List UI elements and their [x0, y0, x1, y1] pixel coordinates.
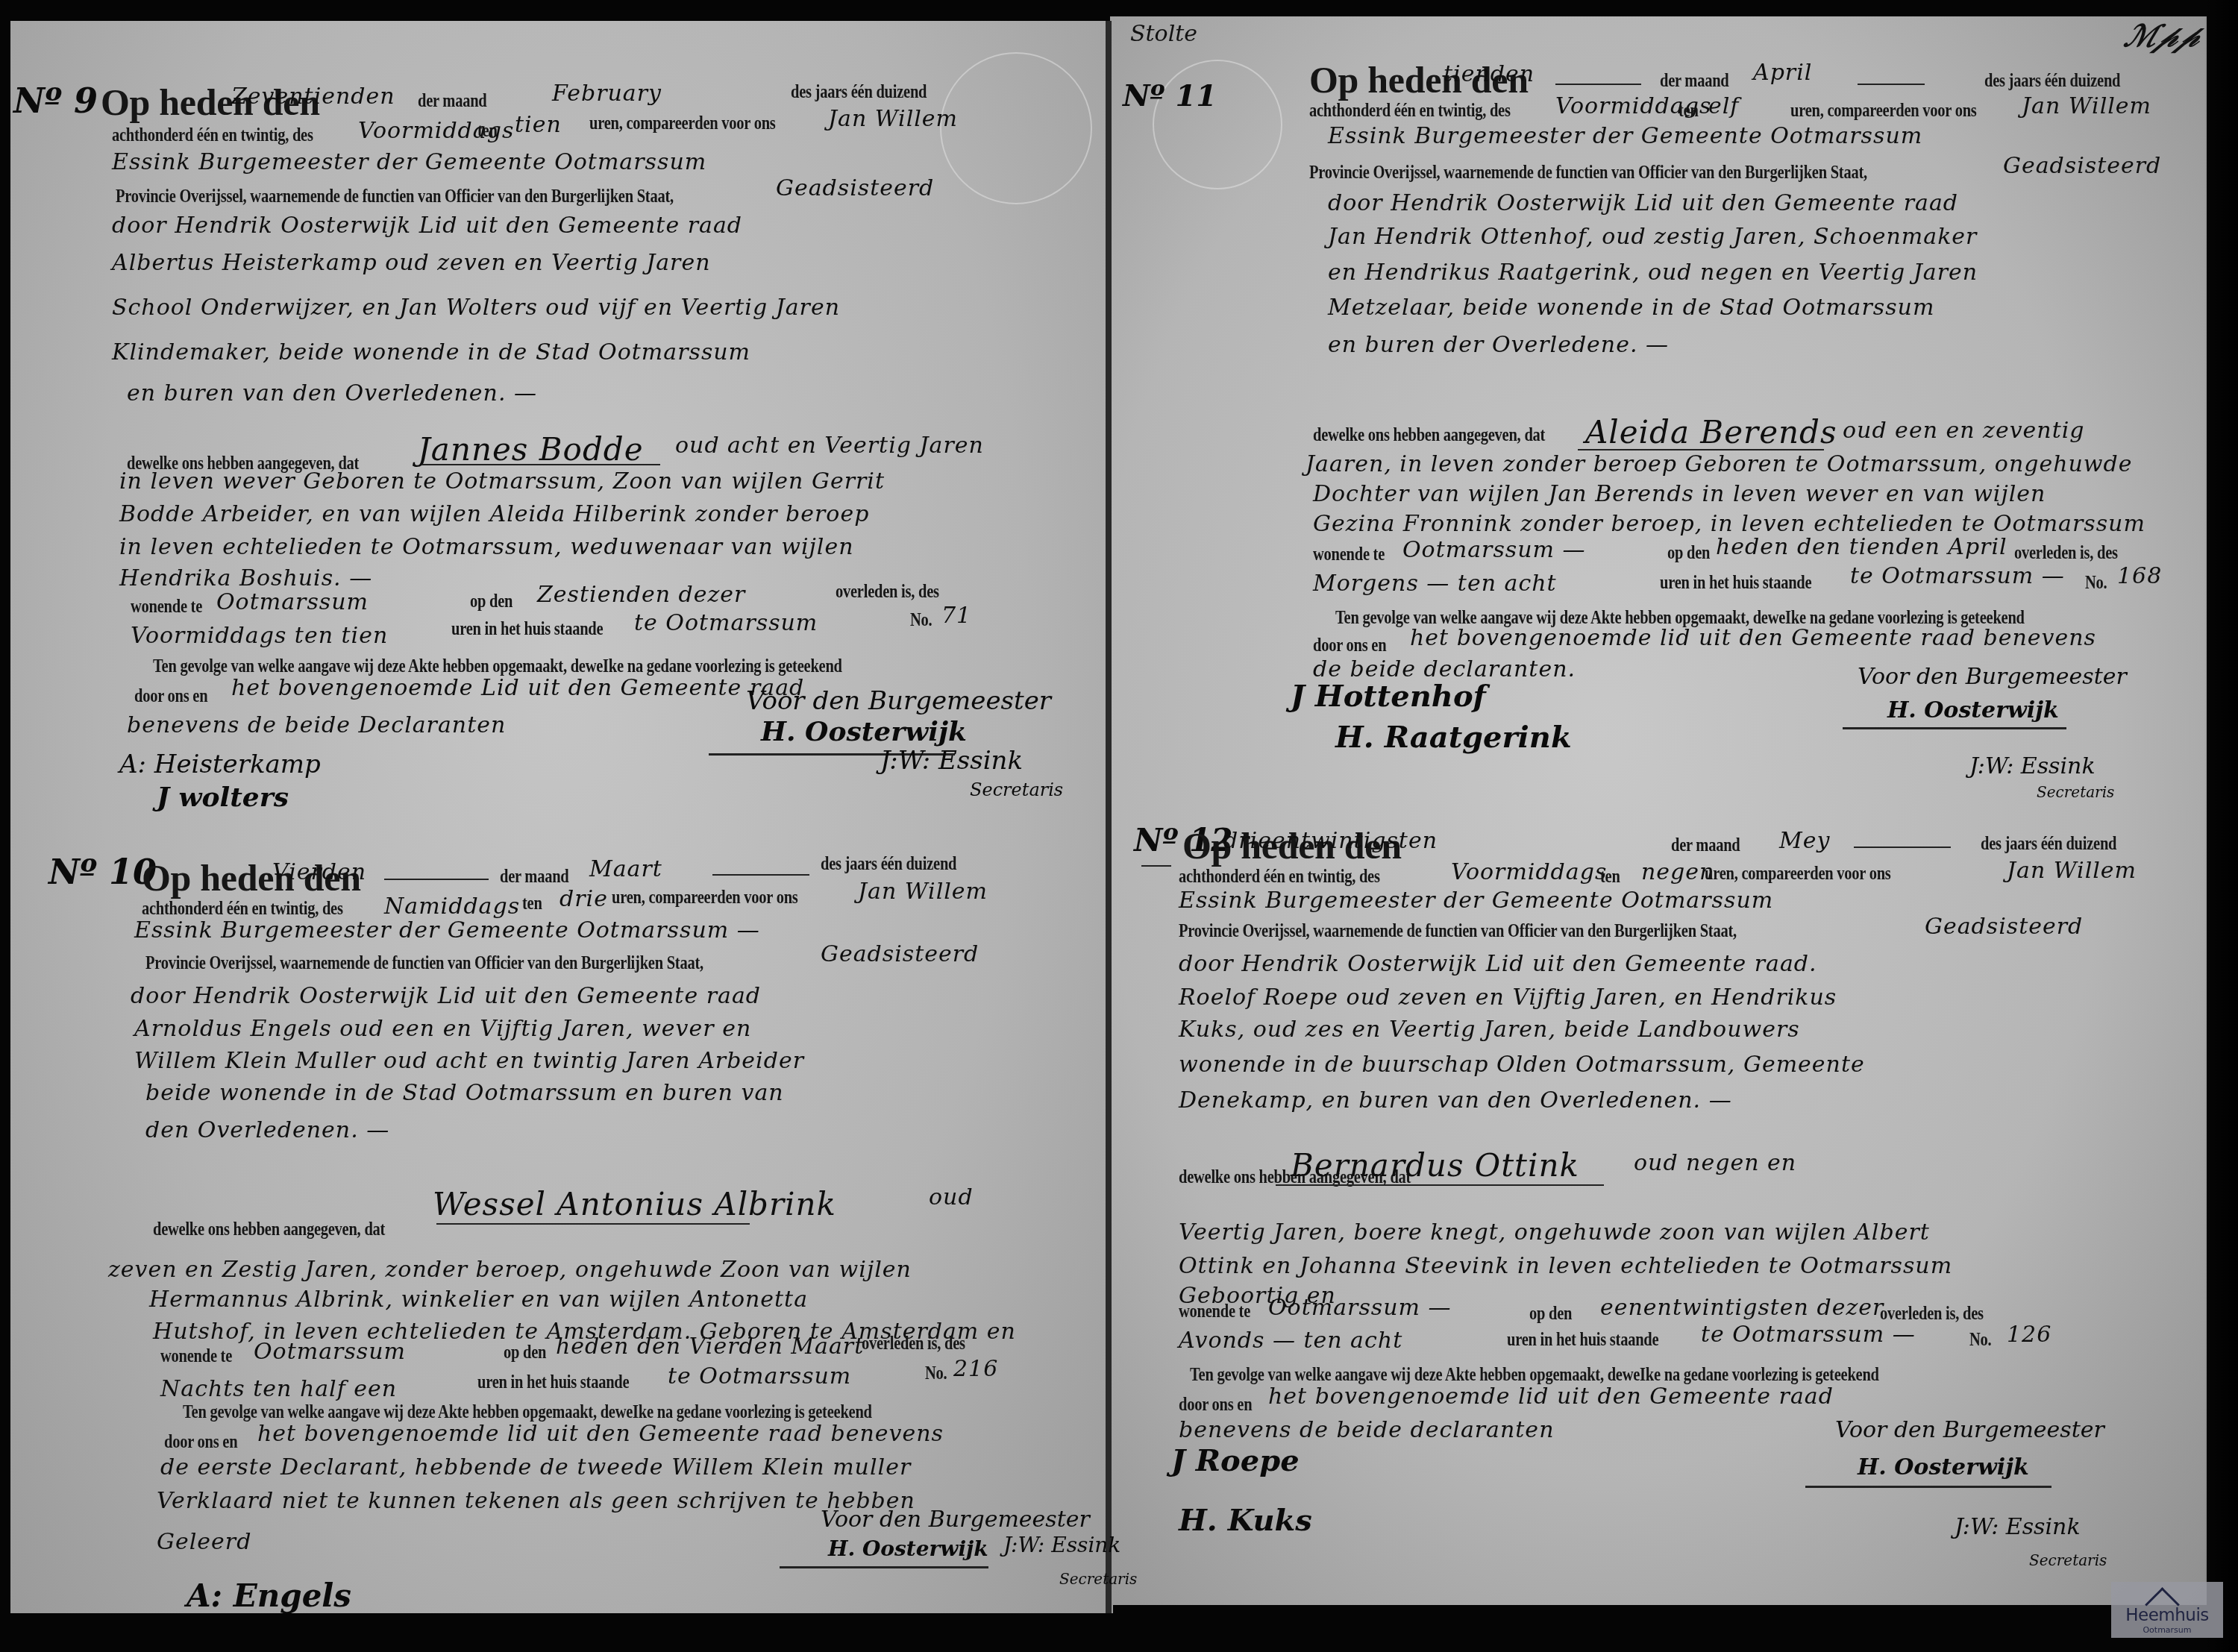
blank-line — [384, 879, 489, 880]
form-text: der maand — [1671, 835, 1740, 856]
form-text: wonende te — [160, 1346, 232, 1367]
house-number: 71 — [941, 603, 971, 629]
deceased-detail: in leven echtelieden te Ootmarssum, wedu… — [119, 534, 853, 560]
month-field: February — [552, 81, 662, 107]
declarant-line: beide wonende in de Stad Ootmarssum en b… — [145, 1080, 784, 1106]
form-text: overleden is, des — [862, 1334, 965, 1354]
form-text: Ten gevolge van welke aangave wij deze A… — [153, 656, 842, 677]
page-edge-shadow — [2204, 0, 2238, 1652]
hour-field: drie — [559, 886, 608, 912]
signature: H. Oosterwijk — [1887, 697, 2059, 723]
declarant-line: Arnoldus Engels oud een en Vijftig Jaren… — [134, 1016, 751, 1042]
deceased-detail: Bodde Arbeider, en van wijlen Aleida Hil… — [119, 501, 869, 527]
name-underline — [436, 1223, 750, 1225]
official-line: Essink Burgemeester der Gemeente Ootmars… — [1179, 888, 1773, 914]
death-date-field: Zestienden dezer — [537, 582, 745, 608]
place-field: te Ootmarssum — — [1701, 1322, 1916, 1348]
declarant-line: Roelof Roepe oud zeven en Vijftig Jaren,… — [1179, 984, 1837, 1011]
form-text: der maand — [500, 867, 569, 888]
form-text: achthonderd één en twintig, des — [1309, 101, 1511, 122]
death-date-field: heden den Vierden Maart — [556, 1334, 864, 1360]
official-field: Jan Willem — [2022, 93, 2151, 119]
form-text: der maand — [418, 91, 487, 112]
signature: J:W: Essink — [1003, 1533, 1120, 1557]
form-text: uren, compareerden voor ons — [1705, 864, 1891, 885]
place-field: te Ootmarssum — [668, 1363, 851, 1389]
form-text: op den — [470, 591, 513, 612]
form-text: No. — [2085, 573, 2107, 594]
form-text: op den — [504, 1342, 546, 1363]
signature: Secretaris — [970, 779, 1063, 800]
official-line: Essink Burgemeester der Gemeente Ootmars… — [1328, 123, 1922, 149]
house-number: 168 — [2117, 563, 2162, 589]
form-text: door ons en — [1313, 635, 1386, 656]
form-text: door ons en — [1179, 1395, 1252, 1416]
declarant-line: Willem Klein Muller oud acht en twintig … — [134, 1048, 804, 1074]
form-text: uren, compareerden voor ons — [589, 113, 776, 134]
signature: J:W: Essink — [1955, 1514, 2081, 1540]
watermark-brand: Heemhuis — [2111, 1606, 2223, 1625]
house-number: 216 — [953, 1356, 998, 1382]
blank-line — [1854, 847, 1951, 848]
hour-field: negen — [1641, 859, 1714, 885]
form-text: achthonderd één en twintig, des — [112, 125, 313, 146]
assisted-field: Geadsisteerd — [821, 941, 979, 967]
signature: A: Heisterkamp — [119, 750, 321, 779]
form-text: No. — [925, 1363, 947, 1384]
deceased-detail: Hendrika Boshuis. — — [119, 565, 372, 591]
signed-text: Geleerd — [157, 1529, 251, 1555]
declarant-line: Klindemaker, beide wonende in de Stad Oo… — [112, 339, 750, 365]
day-field: Zeventienden — [231, 84, 395, 110]
form-text: dewelke ons hebben aangegeven, dat — [1313, 425, 1545, 446]
declarant-line: Metzelaar, beide wonende in de Stad Ootm… — [1328, 295, 1934, 321]
deceased-detail: Jaaren, in leven zonder beroep Geboren t… — [1305, 451, 2132, 477]
form-text: ten — [1678, 101, 1699, 122]
official-field: Jan Willem — [828, 106, 958, 132]
deceased-detail: oud een en zeventig — [1843, 418, 2085, 444]
month-field: Maart — [589, 856, 662, 882]
day-field: tienden — [1444, 61, 1535, 87]
signature-flourish — [1805, 1486, 2051, 1488]
residence-field: Ootmarssum — [216, 589, 369, 615]
watermark-subtitle: Ootmarsum — [2111, 1625, 2223, 1635]
form-text: uren in het huis staande — [1660, 573, 1811, 594]
declarant-line: den Overledenen. — — [145, 1117, 389, 1143]
assistant-line: door Hendrik Oosterwijk Lid uit den Geme… — [131, 983, 761, 1009]
form-text: des jaars één duizend — [791, 82, 927, 103]
deceased-name: Bernardus Ottink — [1291, 1147, 1579, 1184]
deceased-name: Jannes Bodde — [418, 431, 644, 468]
form-text: uren in het huis staande — [477, 1372, 629, 1393]
declarant-line: en buren der Overledene. — — [1328, 332, 1669, 358]
form-text: uren in het huis staande — [451, 619, 603, 640]
official-line: Essink Burgemeester der Gemeente Ootmars… — [112, 149, 706, 175]
signature: Voor den Burgemeester — [1858, 664, 2127, 690]
signature: J:W: Essink — [880, 746, 1023, 776]
blank-line — [1858, 84, 1925, 85]
form-text: Provincie Overijssel, waarnemende de fun… — [145, 953, 703, 974]
signed-text: benevens de beide Declaranten — [127, 712, 506, 738]
form-text: Ten gevolge van welke aangave wij deze A… — [1190, 1365, 1879, 1386]
signature-flourish — [780, 1566, 988, 1568]
month-field: April — [1753, 60, 1812, 86]
form-text: ten — [477, 121, 498, 142]
assistant-line: door Hendrik Oosterwijk Lid uit den Geme… — [1328, 190, 1958, 216]
name-underline — [1578, 449, 1824, 450]
form-text: des jaars één duizend — [1984, 71, 2120, 92]
name-underline — [1276, 1184, 1604, 1186]
form-text: uren, compareerden voor ons — [612, 888, 798, 908]
signature: Secretaris — [2029, 1551, 2107, 1569]
signed-text: het bovengenoemde lid uit den Gemeente r… — [257, 1421, 944, 1447]
signature: J Roepe — [1171, 1443, 1300, 1478]
signature: Voor den Burgemeester — [746, 686, 1051, 716]
deceased-detail: Ottink en Johanna Steevink in leven echt… — [1179, 1253, 1952, 1279]
death-time-field: Avonds — ten acht — [1179, 1328, 1402, 1354]
form-text: No. — [1969, 1330, 1991, 1351]
place-field: te Ootmarssum — [634, 610, 818, 636]
form-text: No. — [910, 610, 932, 631]
signed-text: het bovengenoemde lid uit den Gemeente r… — [1410, 625, 2096, 651]
record-number: Nº 9 — [13, 81, 98, 121]
death-time-field: Morgens — ten acht — [1313, 571, 1557, 597]
signed-text: het bovengenoemde Lid uit den Gemeente r… — [231, 675, 804, 701]
form-text: wonende te — [1179, 1301, 1250, 1322]
deceased-name: Aleida Berends — [1585, 414, 1837, 450]
declarant-line: School Onderwijzer, en Jan Wolters oud v… — [112, 295, 840, 321]
deceased-detail: Dochter van wijlen Jan Berends in leven … — [1313, 481, 2046, 507]
form-text: achthonderd één en twintig, des — [142, 899, 343, 920]
record-number: Nº 11 — [1123, 78, 1217, 113]
deceased-detail: zeven en Zestig Jaren, zonder beroep, on… — [108, 1257, 912, 1283]
signature-flourish — [1843, 727, 2066, 729]
folio-scribble: ℳ𝓅𝓅 — [2119, 19, 2207, 54]
signature: Voor den Burgemeester — [1835, 1417, 2104, 1443]
signature: J Hottenhof — [1291, 679, 1486, 714]
deceased-detail: Gezina Fronnink zonder beroep, in leven … — [1313, 511, 2145, 537]
form-text: door ons en — [134, 686, 207, 707]
form-text: overleden is, des — [2014, 543, 2118, 564]
form-text: uren in het huis staande — [1507, 1330, 1658, 1351]
signature: H. Oosterwijk — [1858, 1454, 2029, 1480]
day-field: Vierden — [272, 859, 366, 885]
deceased-detail: oud acht en Veertig Jaren — [675, 433, 984, 459]
assisted-field: Geadsisteerd — [776, 175, 934, 201]
signature: Secretaris — [2037, 783, 2114, 801]
signature: J wolters — [157, 782, 289, 813]
signature: H. Oosterwijk — [761, 716, 967, 747]
declarant-line: Kuks, oud zes en Veertig Jaren, beide La… — [1179, 1017, 1800, 1043]
deceased-detail: oud — [929, 1184, 974, 1210]
deceased-detail: Hermannus Albrink, winkelier en van wijl… — [149, 1287, 808, 1313]
residence-field: Ootmarssum — — [1268, 1295, 1451, 1321]
form-text: ten — [1600, 867, 1620, 888]
signature: Voor den Burgemeester — [821, 1507, 1090, 1533]
declarant-line: en buren van den Overledenen. — — [127, 380, 537, 406]
deceased-name: Wessel Antonius Albrink — [433, 1186, 836, 1222]
declarant-line: en Hendrikus Raatgerink, oud negen en Ve… — [1328, 260, 1978, 286]
assistant-line: door Hendrik Oosterwijk Lid uit den Geme… — [1179, 951, 1817, 977]
death-date-field: eenentwintigsten dezer — [1600, 1295, 1884, 1321]
death-time-field: Voormiddags ten tien — [131, 623, 388, 649]
assisted-field: Geadsisteerd — [1925, 914, 2083, 940]
form-text: op den — [1529, 1304, 1572, 1325]
signature: H. Kuks — [1179, 1503, 1312, 1538]
form-text: dewelke ons hebben aangegeven, dat — [153, 1219, 385, 1240]
signature: H. Raatgerink — [1335, 720, 1572, 755]
signature: A: Engels — [186, 1577, 351, 1614]
form-text: op den — [1667, 543, 1710, 564]
official-field: Jan Willem — [2007, 858, 2137, 884]
form-text: door ons en — [164, 1432, 237, 1453]
declarant-line: Denekamp, en buren van den Overledenen. … — [1179, 1087, 1732, 1114]
death-time-field: Nachts ten half een — [160, 1376, 397, 1402]
residence-field: Ootmarssum — — [1402, 537, 1585, 563]
signature: Secretaris — [1059, 1570, 1137, 1588]
assistant-line: door Hendrik Oosterwijk Lid uit den Geme… — [112, 213, 742, 239]
form-text: Provincie Overijssel, waarnemende de fun… — [116, 186, 674, 207]
month-field: Mey — [1779, 828, 1830, 854]
time-of-day-field: Voormiddags — [1451, 859, 1607, 885]
record-number: Nº 10 — [48, 852, 157, 892]
time-of-day-field: Namiddags — [384, 893, 520, 920]
form-text: ten — [522, 893, 542, 914]
form-text: overleden is, des — [836, 582, 939, 603]
hour-field: elf — [1708, 93, 1739, 119]
deceased-detail: in leven wever Geboren te Ootmarssum, Zo… — [119, 468, 885, 494]
house-number: 126 — [2007, 1322, 2051, 1348]
number-underline — [1141, 865, 1171, 867]
official-line: Essink Burgemeester der Gemeente Ootmars… — [134, 917, 760, 943]
name-underline — [421, 464, 660, 465]
deceased-detail: oud negen en — [1634, 1150, 1796, 1176]
form-text: des jaars één duizend — [821, 854, 956, 875]
form-text: Provincie Overijssel, waarnemende de fun… — [1179, 921, 1737, 942]
signed-text: Verklaard niet te kunnen tekenen als gee… — [157, 1488, 915, 1514]
signature: H. Oosterwijk — [828, 1536, 988, 1561]
embossed-seal-left — [940, 52, 1092, 204]
blank-line — [712, 874, 809, 876]
signed-text: de eerste Declarant, hebbende de tweede … — [160, 1454, 911, 1480]
heemhuis-watermark: Heemhuis Ootmarsum — [2111, 1582, 2223, 1638]
form-text: Provincie Overijssel, waarnemende de fun… — [1309, 163, 1867, 183]
signature: J:W: Essink — [1969, 753, 2096, 779]
death-date-field: heden den tienden April — [1716, 534, 2007, 560]
book-gutter — [1106, 21, 1112, 1613]
place-field: te Ootmarssum — — [1850, 563, 2065, 589]
form-text: wonende te — [131, 597, 202, 618]
right-page-top-note: Stolte — [1130, 21, 1197, 47]
form-text: uren, compareerden voor ons — [1790, 101, 1977, 122]
form-text: Ten gevolge van welke aangave wij deze A… — [183, 1402, 872, 1423]
signed-text: benevens de beide declaranten — [1179, 1417, 1554, 1443]
declarant-line: wonende in de buurschap Olden Ootmarssum… — [1179, 1052, 1865, 1078]
residence-field: Ootmarssum — [254, 1339, 406, 1365]
declarant-line: Jan Hendrik Ottenhof, oud zestig Jaren, … — [1328, 224, 1977, 250]
form-text: der maand — [1660, 71, 1729, 92]
form-text: wonende te — [1313, 544, 1385, 565]
declarant-line: Albertus Heisterkamp oud zeven en Veerti… — [112, 250, 711, 276]
form-text: des jaars één duizend — [1981, 834, 2116, 855]
hour-field: tien — [515, 112, 562, 138]
blank-line — [1555, 84, 1641, 85]
deceased-detail: Veertig Jaren, boere knegt, ongehuwde zo… — [1179, 1219, 1930, 1246]
official-field: Jan Willem — [858, 879, 988, 905]
assisted-field: Geadsisteerd — [2003, 153, 2161, 179]
signed-text: het bovengenoemde lid uit den Gemeente r… — [1268, 1384, 1834, 1410]
